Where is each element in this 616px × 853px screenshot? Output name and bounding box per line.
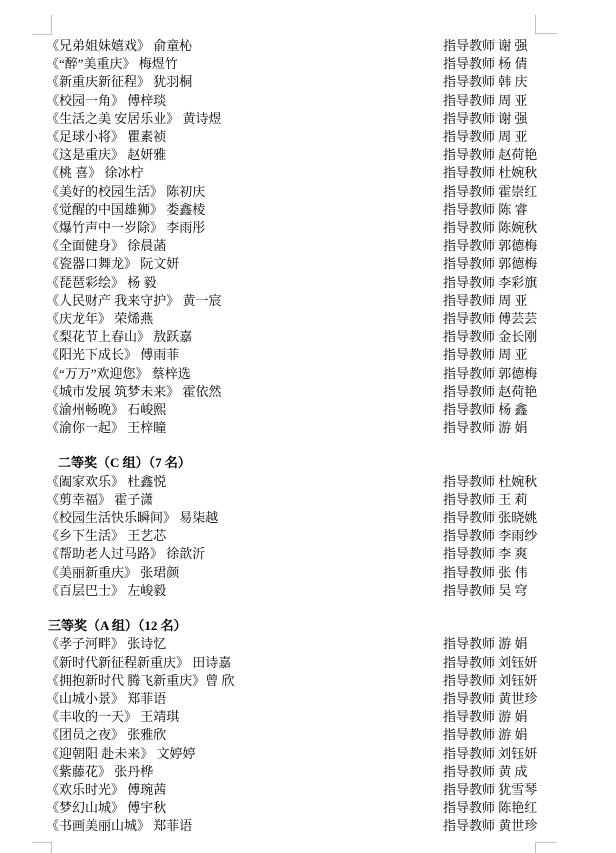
award-entry: 《阖家欢乐》 杜鑫悦指导教师 杜婉秋 [46, 473, 566, 491]
teacher-name: 李雨纱 [498, 528, 537, 543]
teacher-label: 指导教师 [443, 565, 495, 580]
award-entry: 《渝你一起》 王梓瞳指导教师 游 娟 [46, 419, 566, 437]
artwork-title-and-student: 《生活之美 安居乐业》 黄诗煜 [46, 110, 443, 128]
teacher-label: 指导教师 [443, 800, 495, 815]
teacher-name: 游 娟 [498, 420, 527, 435]
artwork-title-and-student: 《新重庆新征程》 犹羽桐 [46, 73, 443, 91]
teacher-name: 陈艳红 [498, 800, 537, 815]
teacher-credit: 指导教师 周 亚 [443, 92, 566, 110]
teacher-label: 指导教师 [443, 384, 495, 399]
teacher-label: 指导教师 [443, 818, 495, 833]
teacher-credit: 指导教师 刘钰妍 [443, 745, 566, 763]
teacher-label: 指导教师 [443, 474, 495, 489]
teacher-label: 指导教师 [443, 709, 495, 724]
artwork-title-and-student: 《紫藤花》 张丹桦 [46, 763, 443, 781]
teacher-credit: 指导教师 周 亚 [443, 128, 566, 146]
award-entry: 《欢乐时光》 傅琬茜指导教师 犹雪琴 [46, 781, 566, 799]
teacher-credit: 指导教师 周 亚 [443, 346, 566, 364]
teacher-name: 金长刚 [498, 329, 537, 344]
artwork-title-and-student: 《欢乐时光》 傅琬茜 [46, 781, 443, 799]
teacher-credit: 指导教师 刘钰妍 [443, 672, 566, 690]
artwork-title-and-student: 《校园生活快乐瞬间》 易柒越 [46, 509, 443, 527]
artwork-title-and-student: 《百层巴士》 左峻毅 [46, 582, 443, 600]
award-entry: 《渝州畅晚》 石峻熙指导教师 杨 鑫 [46, 401, 566, 419]
award-section: 二等奖（C 组）（7 名）《阖家欢乐》 杜鑫悦指导教师 杜婉秋《剪幸福》 霍子潇… [46, 454, 566, 600]
award-entry: 《觉醒的中国雄狮》 娄鑫棱指导教师 陈 睿 [46, 201, 566, 219]
teacher-credit: 指导教师 张 伟 [443, 564, 566, 582]
artwork-title-and-student: 《人民财产 我来守护》 黄一宸 [46, 292, 443, 310]
award-entry: 《校园生活快乐瞬间》 易柒越指导教师 张晓姚 [46, 509, 566, 527]
award-entry: 《梨花节上春山》 敖跃嘉指导教师 金长刚 [46, 328, 566, 346]
teacher-credit: 指导教师 张晓姚 [443, 509, 566, 527]
award-entry: 《乡下生活》 王艺芯指导教师 李雨纱 [46, 527, 566, 545]
teacher-name: 霍崇红 [498, 184, 537, 199]
teacher-label: 指导教师 [443, 746, 495, 761]
artwork-title-and-student: 《觉醒的中国雄狮》 娄鑫棱 [46, 201, 443, 219]
teacher-label: 指导教师 [443, 256, 495, 271]
award-entry: 《瓷器口舞龙》 阮文妍指导教师 郭德梅 [46, 255, 566, 273]
teacher-name: 张 伟 [498, 565, 527, 580]
teacher-label: 指导教师 [443, 402, 495, 417]
teacher-credit: 指导教师 犹雪琴 [443, 781, 566, 799]
award-entry: 《紫藤花》 张丹桦指导教师 黄 成 [46, 763, 566, 781]
award-entry: 《丰收的一天》 王靖琪指导教师 游 娟 [46, 708, 566, 726]
crop-mark-bottom-left [32, 842, 52, 853]
teacher-label: 指导教师 [443, 727, 495, 742]
artwork-title-and-student: 《迎朝阳 赴未来》 文婷婷 [46, 745, 443, 763]
teacher-label: 指导教师 [443, 293, 495, 308]
teacher-name: 杜婉秋 [498, 474, 537, 489]
award-entry: 《全面健身》 徐晨菡指导教师 郭德梅 [46, 237, 566, 255]
teacher-label: 指导教师 [443, 275, 495, 290]
teacher-label: 指导教师 [443, 220, 495, 235]
teacher-label: 指导教师 [443, 492, 495, 507]
teacher-name: 黄 成 [498, 764, 527, 779]
teacher-name: 游 娟 [498, 727, 527, 742]
award-section: 三等奖（A 组）（12 名）《孝子河畔》 张诗忆指导教师 游 娟《新时代新征程新… [46, 617, 566, 835]
teacher-credit: 指导教师 吴 穹 [443, 582, 566, 600]
teacher-label: 指导教师 [443, 238, 495, 253]
teacher-name: 韩 庆 [498, 74, 527, 89]
teacher-credit: 指导教师 李 爽 [443, 545, 566, 563]
artwork-title-and-student: 《琵琶彩绘》 杨 毅 [46, 274, 443, 292]
teacher-name: 谢 强 [498, 38, 527, 53]
teacher-credit: 指导教师 韩 庆 [443, 73, 566, 91]
teacher-credit: 指导教师 赵荷艳 [443, 146, 566, 164]
teacher-label: 指导教师 [443, 764, 495, 779]
teacher-name: 李 爽 [498, 546, 527, 561]
artwork-title-and-student: 《庆龙年》 荣烯燕 [46, 310, 443, 328]
teacher-name: 王 莉 [498, 492, 527, 507]
artwork-title-and-student: 《剪幸福》 霍子潇 [46, 491, 443, 509]
teacher-credit: 指导教师 黄世珍 [443, 690, 566, 708]
teacher-name: 周 亚 [498, 93, 527, 108]
teacher-credit: 指导教师 游 娟 [443, 635, 566, 653]
teacher-label: 指导教师 [443, 366, 495, 381]
teacher-credit: 指导教师 游 娟 [443, 726, 566, 744]
artwork-title-and-student: 《丰收的一天》 王靖琪 [46, 708, 443, 726]
teacher-name: 刘钰妍 [498, 746, 537, 761]
artwork-title-and-student: 《这是重庆》 赵妍雅 [46, 146, 443, 164]
artwork-title-and-student: 《瓷器口舞龙》 阮文妍 [46, 255, 443, 273]
artwork-title-and-student: 《兄弟姐妹嬉戏》 俞童杺 [46, 37, 443, 55]
award-entry: 《书画美丽山城》 郑菲语指导教师 黄世珍 [46, 817, 566, 835]
award-entry: 《美丽新重庆》 张珺颜指导教师 张 伟 [46, 564, 566, 582]
teacher-credit: 指导教师 谢 强 [443, 110, 566, 128]
award-entry: 《百层巴士》 左峻毅指导教师 吴 穹 [46, 582, 566, 600]
teacher-label: 指导教师 [443, 347, 495, 362]
teacher-name: 周 亚 [498, 293, 527, 308]
artwork-title-and-student: 《渝你一起》 王梓瞳 [46, 419, 443, 437]
teacher-name: 刘钰妍 [498, 655, 537, 670]
teacher-credit: 指导教师 游 娟 [443, 419, 566, 437]
teacher-label: 指导教师 [443, 510, 495, 525]
award-entry: 《兄弟姐妹嬉戏》 俞童杺指导教师 谢 强 [46, 37, 566, 55]
teacher-name: 张晓姚 [498, 510, 537, 525]
artwork-title-and-student: 《团员之夜》 张雅欣 [46, 726, 443, 744]
artwork-title-and-student: 《乡下生活》 王艺芯 [46, 527, 443, 545]
teacher-credit: 指导教师 陈婉秋 [443, 219, 566, 237]
teacher-name: 陈 睿 [498, 202, 527, 217]
teacher-label: 指导教师 [443, 311, 495, 326]
artwork-title-and-student: 《桃 喜》 徐冰柠 [46, 164, 443, 182]
artwork-title-and-student: 《拥抱新时代 腾飞新重庆》曾 欣 [46, 672, 443, 690]
teacher-credit: 指导教师 李彩旗 [443, 274, 566, 292]
award-entry: 《校园一角》 傅梓琰指导教师 周 亚 [46, 92, 566, 110]
award-entry: 《阳光下成长》 傅雨菲指导教师 周 亚 [46, 346, 566, 364]
artwork-title-and-student: 《梦幻山城》 傅宇秋 [46, 799, 443, 817]
teacher-name: 谢 强 [498, 111, 527, 126]
award-entry: 《这是重庆》 赵妍雅指导教师 赵荷艳 [46, 146, 566, 164]
document-page: 《兄弟姐妹嬉戏》 俞童杺指导教师 谢 强《“醉”美重庆》 梅煜竹指导教师 杨 倩… [0, 0, 616, 853]
teacher-credit: 指导教师 谢 强 [443, 37, 566, 55]
award-entry: 《山城小景》 郑菲语指导教师 黄世珍 [46, 690, 566, 708]
award-entry: 《新时代新征程新重庆》 田诗嘉指导教师 刘钰妍 [46, 654, 566, 672]
teacher-name: 郭德梅 [498, 238, 537, 253]
teacher-name: 郭德梅 [498, 366, 537, 381]
teacher-credit: 指导教师 赵荷艳 [443, 383, 566, 401]
teacher-name: 赵荷艳 [498, 384, 537, 399]
teacher-label: 指导教师 [443, 74, 495, 89]
teacher-label: 指导教师 [443, 165, 495, 180]
award-entry: 《梦幻山城》 傅宇秋指导教师 陈艳红 [46, 799, 566, 817]
award-entry: 《“醉”美重庆》 梅煜竹指导教师 杨 倩 [46, 55, 566, 73]
crop-mark-bottom-right [535, 842, 557, 853]
teacher-name: 周 亚 [498, 347, 527, 362]
artwork-title-and-student: 《“万万”欢迎您》 蔡梓选 [46, 365, 443, 383]
teacher-credit: 指导教师 游 娟 [443, 708, 566, 726]
teacher-label: 指导教师 [443, 782, 495, 797]
teacher-label: 指导教师 [443, 184, 495, 199]
award-entry: 《生活之美 安居乐业》 黄诗煜指导教师 谢 强 [46, 110, 566, 128]
crop-mark-top-right [535, 15, 557, 34]
teacher-label: 指导教师 [443, 673, 495, 688]
teacher-name: 杨 倩 [498, 56, 527, 71]
teacher-credit: 指导教师 傅芸芸 [443, 310, 566, 328]
teacher-label: 指导教师 [443, 129, 495, 144]
teacher-label: 指导教师 [443, 38, 495, 53]
award-entry: 《足球小将》 瞿素祯指导教师 周 亚 [46, 128, 566, 146]
teacher-credit: 指导教师 陈 睿 [443, 201, 566, 219]
award-entry: 《爆竹声中一岁除》 李雨彤指导教师 陈婉秋 [46, 219, 566, 237]
award-entry: 《孝子河畔》 张诗忆指导教师 游 娟 [46, 635, 566, 653]
teacher-name: 杨 鑫 [498, 402, 527, 417]
teacher-credit: 指导教师 杨 倩 [443, 55, 566, 73]
teacher-label: 指导教师 [443, 420, 495, 435]
teacher-name: 周 亚 [498, 129, 527, 144]
teacher-label: 指导教师 [443, 111, 495, 126]
teacher-name: 傅芸芸 [498, 311, 537, 326]
artwork-title-and-student: 《梨花节上春山》 敖跃嘉 [46, 328, 443, 346]
award-entry: 《庆龙年》 荣烯燕指导教师 傅芸芸 [46, 310, 566, 328]
award-entry: 《团员之夜》 张雅欣指导教师 游 娟 [46, 726, 566, 744]
artwork-title-and-student: 《帮助老人过马路》 徐歆沂 [46, 545, 443, 563]
award-entry: 《拥抱新时代 腾飞新重庆》曾 欣指导教师 刘钰妍 [46, 672, 566, 690]
teacher-name: 游 娟 [498, 709, 527, 724]
teacher-label: 指导教师 [443, 56, 495, 71]
artwork-title-and-student: 《“醉”美重庆》 梅煜竹 [46, 55, 443, 73]
artwork-title-and-student: 《书画美丽山城》 郑菲语 [46, 817, 443, 835]
teacher-label: 指导教师 [443, 93, 495, 108]
teacher-credit: 指导教师 周 亚 [443, 292, 566, 310]
teacher-name: 杜婉秋 [498, 165, 537, 180]
award-entry: 《桃 喜》 徐冰柠指导教师 杜婉秋 [46, 164, 566, 182]
teacher-credit: 指导教师 李雨纱 [443, 527, 566, 545]
artwork-title-and-student: 《阖家欢乐》 杜鑫悦 [46, 473, 443, 491]
teacher-name: 黄世珍 [498, 818, 537, 833]
artwork-title-and-student: 《城市发展 筑梦未来》 霍依然 [46, 383, 443, 401]
teacher-label: 指导教师 [443, 528, 495, 543]
teacher-name: 陈婉秋 [498, 220, 537, 235]
artwork-title-and-student: 《新时代新征程新重庆》 田诗嘉 [46, 654, 443, 672]
teacher-credit: 指导教师 杜婉秋 [443, 473, 566, 491]
artwork-title-and-student: 《孝子河畔》 张诗忆 [46, 635, 443, 653]
teacher-credit: 指导教师 杜婉秋 [443, 164, 566, 182]
teacher-label: 指导教师 [443, 655, 495, 670]
teacher-name: 郭德梅 [498, 256, 537, 271]
teacher-credit: 指导教师 金长刚 [443, 328, 566, 346]
teacher-label: 指导教师 [443, 147, 495, 162]
teacher-credit: 指导教师 杨 鑫 [443, 401, 566, 419]
teacher-label: 指导教师 [443, 202, 495, 217]
teacher-name: 赵荷艳 [498, 147, 537, 162]
artwork-title-and-student: 《足球小将》 瞿素祯 [46, 128, 443, 146]
teacher-credit: 指导教师 郭德梅 [443, 255, 566, 273]
award-entry: 《美好的校园生活》 陈初庆指导教师 霍崇红 [46, 183, 566, 201]
artwork-title-and-student: 《渝州畅晚》 石峻熙 [46, 401, 443, 419]
artwork-title-and-student: 《美好的校园生活》 陈初庆 [46, 183, 443, 201]
crop-mark-top-left [32, 15, 52, 35]
section-header: 三等奖（A 组）（12 名） [46, 617, 566, 635]
award-entry: 《城市发展 筑梦未来》 霍依然指导教师 赵荷艳 [46, 383, 566, 401]
teacher-label: 指导教师 [443, 691, 495, 706]
teacher-credit: 指导教师 刘钰妍 [443, 654, 566, 672]
award-list: 《兄弟姐妹嬉戏》 俞童杺指导教师 谢 强《“醉”美重庆》 梅煜竹指导教师 杨 倩… [46, 37, 566, 836]
award-entry: 《琵琶彩绘》 杨 毅指导教师 李彩旗 [46, 274, 566, 292]
award-entry: 《迎朝阳 赴未来》 文婷婷指导教师 刘钰妍 [46, 745, 566, 763]
award-entry: 《帮助老人过马路》 徐歆沂指导教师 李 爽 [46, 545, 566, 563]
teacher-credit: 指导教师 王 莉 [443, 491, 566, 509]
teacher-name: 吴 穹 [498, 583, 527, 598]
section-header: 二等奖（C 组）（7 名） [46, 454, 566, 472]
award-entry: 《人民财产 我来守护》 黄一宸指导教师 周 亚 [46, 292, 566, 310]
teacher-name: 犹雪琴 [498, 782, 537, 797]
teacher-label: 指导教师 [443, 546, 495, 561]
teacher-label: 指导教师 [443, 329, 495, 344]
teacher-credit: 指导教师 黄世珍 [443, 817, 566, 835]
award-entry: 《剪幸福》 霍子潇指导教师 王 莉 [46, 491, 566, 509]
artwork-title-and-student: 《爆竹声中一岁除》 李雨彤 [46, 219, 443, 237]
artwork-title-and-student: 《校园一角》 傅梓琰 [46, 92, 443, 110]
award-entry: 《新重庆新征程》 犹羽桐指导教师 韩 庆 [46, 73, 566, 91]
teacher-credit: 指导教师 郭德梅 [443, 365, 566, 383]
artwork-title-and-student: 《山城小景》 郑菲语 [46, 690, 443, 708]
teacher-name: 刘钰妍 [498, 673, 537, 688]
teacher-name: 李彩旗 [498, 275, 537, 290]
teacher-label: 指导教师 [443, 583, 495, 598]
teacher-name: 黄世珍 [498, 691, 537, 706]
teacher-credit: 指导教师 郭德梅 [443, 237, 566, 255]
teacher-name: 游 娟 [498, 636, 527, 651]
artwork-title-and-student: 《美丽新重庆》 张珺颜 [46, 564, 443, 582]
teacher-credit: 指导教师 黄 成 [443, 763, 566, 781]
teacher-label: 指导教师 [443, 636, 495, 651]
artwork-title-and-student: 《全面健身》 徐晨菡 [46, 237, 443, 255]
award-section: 《兄弟姐妹嬉戏》 俞童杺指导教师 谢 强《“醉”美重庆》 梅煜竹指导教师 杨 倩… [46, 37, 566, 437]
teacher-credit: 指导教师 陈艳红 [443, 799, 566, 817]
award-entry: 《“万万”欢迎您》 蔡梓选指导教师 郭德梅 [46, 365, 566, 383]
artwork-title-and-student: 《阳光下成长》 傅雨菲 [46, 346, 443, 364]
teacher-credit: 指导教师 霍崇红 [443, 183, 566, 201]
